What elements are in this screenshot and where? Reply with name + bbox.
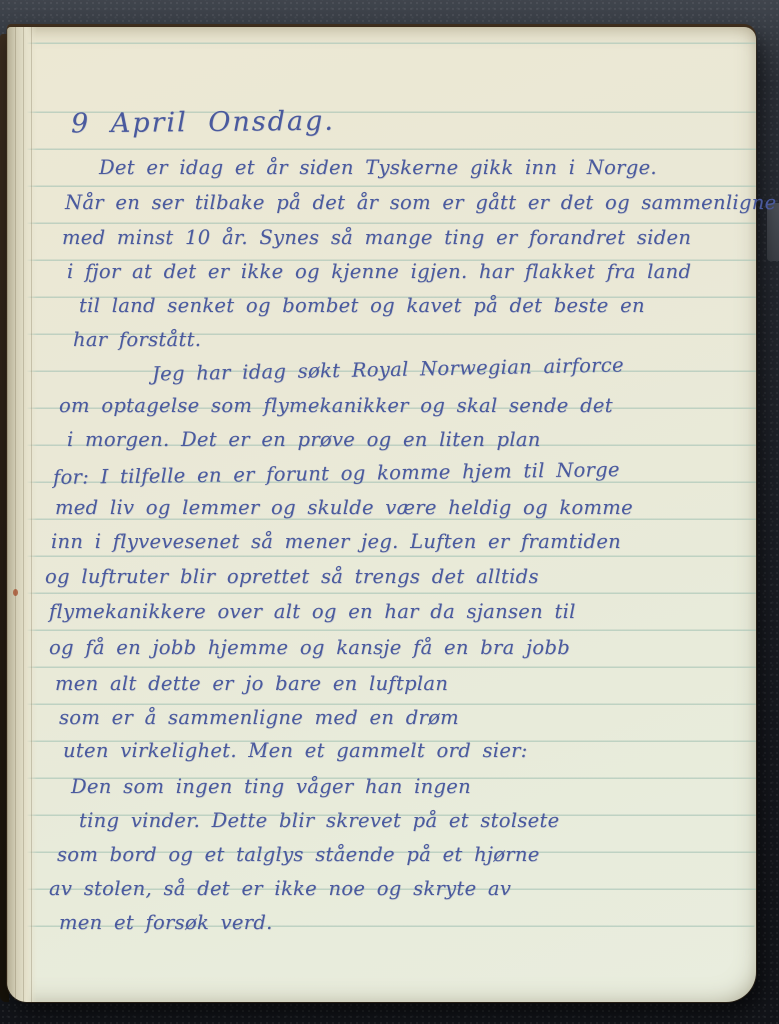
diary-line: og luftruter blir oprettet så trengs det… <box>45 565 539 588</box>
date-heading: 9 April Onsdag. <box>71 106 335 140</box>
diary-line: Jeg har idag søkt Royal Norwegian airfor… <box>152 353 624 385</box>
diary-line: i morgen. Det er en prøve og en liten pl… <box>67 428 541 451</box>
diary-line: av stolen, så det er ikke noe og skryte … <box>49 877 511 900</box>
diary-line: ting vinder. Dette blir skrevet på et st… <box>79 809 560 832</box>
diary-line: til land senket og bombet og kavet på de… <box>79 294 645 317</box>
diary-line: som er å sammenligne med en drøm <box>59 706 459 729</box>
diary-line: uten virkelighet. Men et gammelt ord sie… <box>63 739 528 762</box>
notebook-page: 9 April Onsdag. Det er idag et år siden … <box>7 27 756 1002</box>
diary-photo: 9 April Onsdag. Det er idag et år siden … <box>0 0 779 1024</box>
diary-line: med minst 10 år. Synes så mange ting er … <box>62 226 691 249</box>
diary-line: flymekanikkere over alt og en har da sja… <box>49 600 576 623</box>
diary-line: men alt dette er jo bare en luftplan <box>55 672 448 695</box>
diary-line: Det er idag et år siden Tyskerne gikk in… <box>99 156 657 179</box>
diary-line: har forstått. <box>73 328 201 351</box>
page-gutter-edges <box>7 27 37 1002</box>
diary-line: inn i flyvevesenet så mener jeg. Luften … <box>51 530 621 553</box>
diary-line: Den som ingen ting våger han ingen <box>71 775 471 798</box>
diary-line: Når en ser tilbake på det år som er gått… <box>65 191 776 214</box>
diary-line: som bord og et talglys stående på et hjø… <box>57 843 540 866</box>
paper-speck <box>13 589 18 596</box>
diary-line: med liv og lemmer og skulde være heldig … <box>55 496 633 519</box>
diary-line: men et forsøk verd. <box>59 911 273 934</box>
diary-line: om optagelse som flymekanikker og skal s… <box>59 394 613 417</box>
diary-line: og få en jobb hjemme og kansje få en bra… <box>49 636 570 659</box>
diary-line: for: I tilfelle en er forunt og komme hj… <box>53 458 620 489</box>
diary-line: i fjor at det er ikke og kjenne igjen. h… <box>67 260 691 283</box>
